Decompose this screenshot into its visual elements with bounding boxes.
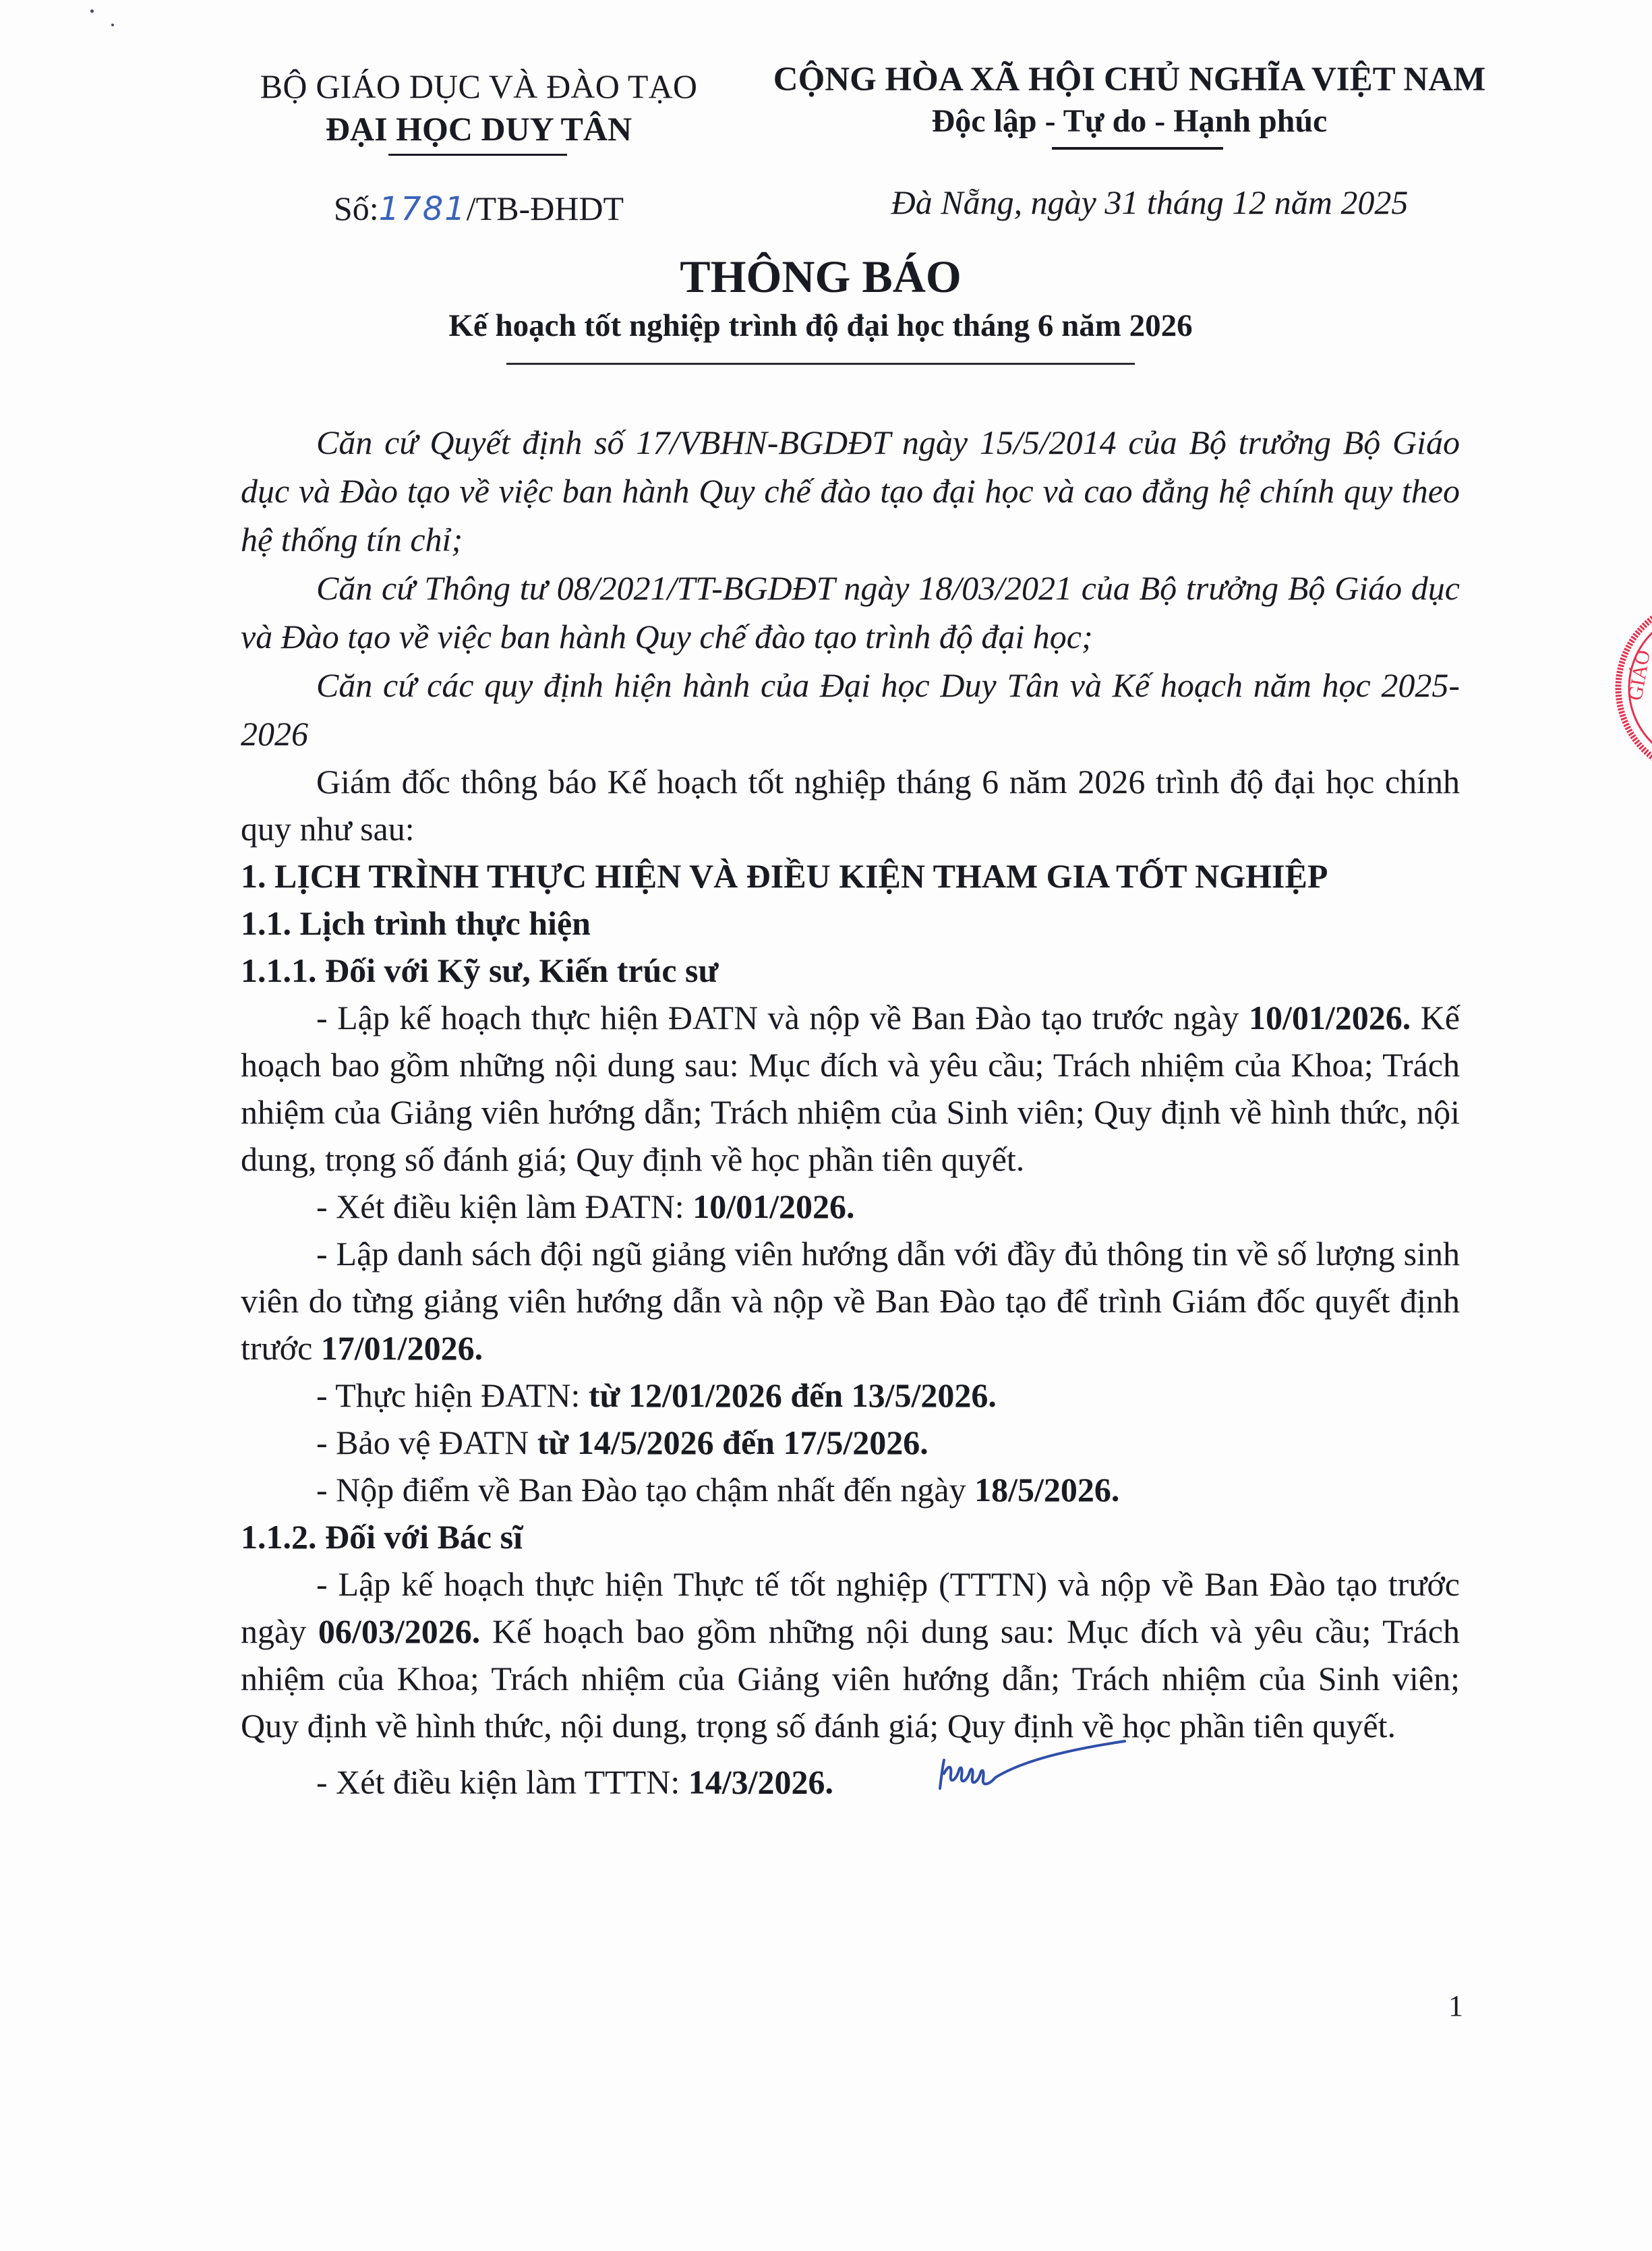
item-date: 06/03/2026. xyxy=(318,1612,480,1650)
document-body: Căn cứ Quyết định số 17/VBHN-BGDĐT ngày … xyxy=(241,418,1460,1822)
list-item: - Thực hiện ĐATN: từ 12/01/2026 đến 13/5… xyxy=(241,1372,1460,1419)
intro-paragraph: Giám đốc thông báo Kế hoạch tốt nghiệp t… xyxy=(241,758,1460,852)
document-number: Số:1781/TB-ĐHDT xyxy=(243,188,715,229)
national-motto: Độc lập - Tự do - Hạnh phúc xyxy=(742,101,1517,142)
list-item: - Lập danh sách đội ngũ giảng viên hướng… xyxy=(241,1230,1460,1372)
place-date: Đà Nẵng, ngày 31 tháng 12 năm 2025 xyxy=(762,182,1537,223)
scan-speck xyxy=(111,24,114,26)
doctors-heading: 1.1.2. Đối với Bác sĩ xyxy=(241,1513,1460,1560)
item-text: - Nộp điểm về Ban Đào tạo chậm nhất đến … xyxy=(316,1471,974,1509)
motto-underline xyxy=(1052,147,1223,150)
doctors-items: - Lập kế hoạch thực hiện Thực tế tốt ngh… xyxy=(241,1560,1460,1822)
ministry-name: BỘ GIÁO DỤC VÀ ĐÀO TẠO xyxy=(243,65,715,108)
document-subtitle: Kế hoạch tốt nghiệp trình độ đại học thá… xyxy=(0,305,1647,347)
list-item: - Bảo vệ ĐATN từ 14/5/2026 đến 17/5/2026… xyxy=(241,1419,1460,1466)
doc-number-suffix: /TB-ĐHDT xyxy=(467,189,624,227)
scan-speck xyxy=(90,9,94,13)
item-text: - Xét điều kiện làm ĐATN: xyxy=(316,1188,692,1225)
page-number: 1 xyxy=(1448,1989,1463,2023)
item-text: - Bảo vệ ĐATN xyxy=(316,1424,537,1461)
document-page: BỘ GIÁO DỤC VÀ ĐÀO TẠO ĐẠI HỌC DUY TÂN S… xyxy=(0,0,1652,2251)
item-date: 10/01/2026. xyxy=(1249,999,1411,1036)
svg-text:GIÁO: GIÁO xyxy=(1624,649,1652,703)
legal-basis-1: Căn cứ Quyết định số 17/VBHN-BGDĐT ngày … xyxy=(241,418,1460,564)
engineers-heading: 1.1.1. Đối với Kỹ sư, Kiến trúc sư xyxy=(241,947,1460,994)
republic-name: CỘNG HÒA XÃ HỘI CHỦ NGHĨA VIỆT NAM xyxy=(742,58,1517,101)
list-item: - Xét điều kiện làm ĐATN: 10/01/2026. xyxy=(241,1183,1460,1230)
university-name: ĐẠI HỌC DUY TÂN xyxy=(243,108,715,150)
item-text: - Xét điều kiện làm TTTN: xyxy=(316,1763,688,1801)
legal-basis-3: Căn cứ các quy định hiện hành của Đại họ… xyxy=(241,661,1460,758)
item-date: 14/3/2026. xyxy=(688,1763,833,1801)
section-heading: 1. LỊCH TRÌNH THỰC HIỆN VÀ ĐIỀU KIỆN THA… xyxy=(241,852,1460,900)
item-date: từ 12/01/2026 đến 13/5/2026. xyxy=(589,1376,997,1414)
title-underline xyxy=(506,363,1135,365)
list-item: - Nộp điểm về Ban Đào tạo chậm nhất đến … xyxy=(241,1466,1460,1513)
doc-number-prefix: Số: xyxy=(334,189,379,227)
item-date: 10/01/2026. xyxy=(692,1188,854,1225)
legal-basis-2: Căn cứ Thông tư 08/2021/TT-BGDĐT ngày 18… xyxy=(241,564,1460,661)
list-item: - Xét điều kiện làm TTTN: 14/3/2026. xyxy=(241,1749,1460,1822)
item-date: từ 14/5/2026 đến 17/5/2026. xyxy=(537,1424,928,1461)
list-item: - Lập kế hoạch thực hiện Thực tế tốt ngh… xyxy=(241,1560,1460,1749)
doc-number-handwritten: 1781 xyxy=(379,190,467,228)
university-underline xyxy=(388,154,567,156)
engineers-items: - Lập kế hoạch thực hiện ĐATN và nộp về … xyxy=(241,994,1460,1513)
item-date: 17/01/2026. xyxy=(321,1329,483,1367)
official-seal-icon: GIÁO xyxy=(1612,587,1652,789)
list-item: - Lập kế hoạch thực hiện ĐATN và nộp về … xyxy=(241,994,1460,1183)
issuer-block: BỘ GIÁO DỤC VÀ ĐÀO TẠO ĐẠI HỌC DUY TÂN S… xyxy=(243,65,715,229)
signature-icon xyxy=(860,1740,1131,1813)
national-header-block: CỘNG HÒA XÃ HỘI CHỦ NGHĨA VIỆT NAM Độc l… xyxy=(742,58,1517,223)
item-text: - Lập kế hoạch thực hiện ĐATN và nộp về … xyxy=(316,999,1249,1036)
item-text: - Thực hiện ĐATN: xyxy=(316,1376,589,1414)
document-title: THÔNG BÁO xyxy=(0,250,1647,303)
title-block: THÔNG BÁO Kế hoạch tốt nghiệp trình độ đ… xyxy=(0,250,1652,365)
subsection-heading: 1.1. Lịch trình thực hiện xyxy=(241,900,1460,947)
item-date: 18/5/2026. xyxy=(974,1471,1119,1509)
